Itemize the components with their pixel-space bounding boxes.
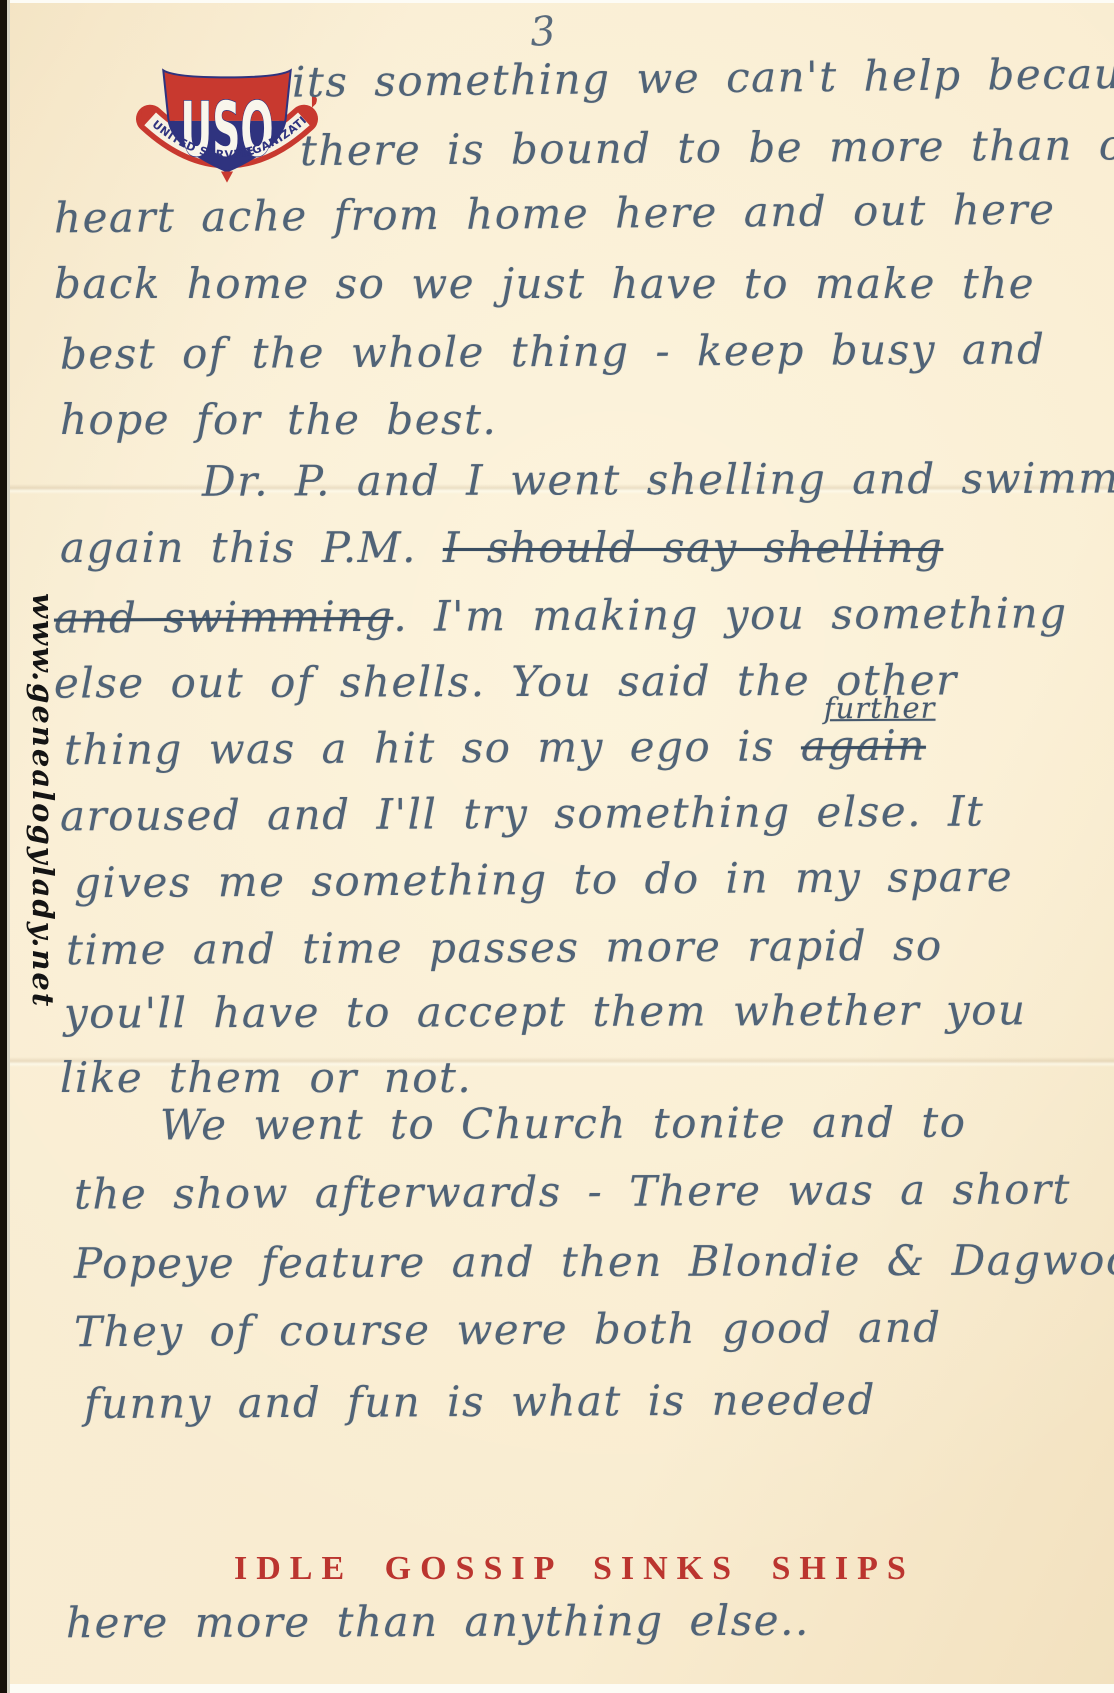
handwritten-text: else out of shells. You said the other [54, 655, 958, 707]
handwritten-line: funny and fun is what is needed [84, 1375, 876, 1428]
handwritten-text: They of course were both good and [74, 1303, 942, 1357]
handwritten-text: like them or not. [60, 1053, 472, 1102]
handwritten-text: again this P.M. [60, 523, 443, 572]
handwritten-line: like them or not. [60, 1053, 472, 1102]
handwritten-text: here more than anything else.. [66, 1596, 810, 1648]
uso-logo: USO UNITED SERVICE ORGANIZATIONS [136, 67, 318, 195]
handwritten-line: there is bound to be more than one [300, 120, 1114, 175]
handwritten-line: heart ache from home here and out here [54, 185, 1056, 243]
handwritten-text: Popeye feature and then Blondie & Dagwoo… [74, 1235, 1114, 1288]
handwritten-line: Dr. P. and I went shelling and swimming [202, 453, 1114, 505]
struck-text: I should say shelling [443, 523, 943, 572]
handwritten-text: you'll have to accept them whether you [64, 985, 1027, 1037]
handwritten-text: the show afterwards - There was a short [74, 1164, 1071, 1218]
handwritten-text: time and time passes more rapid so [66, 921, 943, 975]
handwritten-line: and swimming. I'm making you something [54, 588, 1068, 642]
handwritten-text: heart ache from home here and out here [54, 185, 1056, 243]
inserted-word: further [824, 691, 936, 726]
handwritten-text: its something we can't help because [292, 48, 1114, 106]
handwritten-text: there is bound to be more than one [300, 120, 1114, 175]
letter-paper: USO UNITED SERVICE ORGANIZATIONS 3 www.g… [10, 3, 1114, 1684]
struck-text: again [801, 721, 926, 771]
handwritten-line: time and time passes more rapid so [66, 921, 943, 975]
scanned-letter-page: USO UNITED SERVICE ORGANIZATIONS 3 www.g… [0, 0, 1114, 1693]
handwritten-line: you'll have to accept them whether you [64, 985, 1027, 1037]
handwritten-line: aroused and I'll try something else. It [60, 787, 985, 841]
handwritten-line: They of course were both good and [74, 1303, 942, 1357]
handwritten-text: thing was a hit so my ego is [64, 721, 801, 774]
handwritten-line: its something we can't help because [292, 48, 1114, 106]
handwritten-line: the show afterwards - There was a short [74, 1164, 1071, 1218]
handwritten-text: hope for the best. [60, 395, 497, 444]
handwritten-line: thing was a hit so my ego is againfurthe… [64, 721, 926, 775]
handwritten-line: back home so we just have to make the [54, 259, 1035, 308]
handwritten-line: again this P.M. I should say shelling [60, 523, 943, 572]
page-number: 3 [528, 8, 557, 56]
handwritten-text: aroused and I'll try something else. It [60, 787, 985, 841]
struck-text: and swimming [54, 592, 394, 643]
handwritten-line: else out of shells. You said the other [54, 655, 958, 707]
uso-banner-center-ornament [221, 171, 233, 182]
scan-edge [0, 0, 7, 1693]
handwritten-line: here more than anything else.. [66, 1596, 810, 1648]
censorship-slogan: IDLE GOSSIP SINKS SHIPS [234, 1550, 915, 1588]
handwritten-line: hope for the best. [60, 395, 497, 444]
handwritten-line: gives me something to do in my spare [74, 852, 1014, 908]
handwritten-text: best of the whole thing - keep busy and [60, 324, 1046, 378]
handwritten-line: We went to Church tonite and to [160, 1098, 967, 1150]
watermark: www.genealogylady.net [26, 593, 60, 1008]
handwritten-text: We went to Church tonite and to [160, 1098, 967, 1150]
handwritten-text: Dr. P. and I went shelling and swimming [202, 453, 1114, 505]
handwritten-line: Popeye feature and then Blondie & Dagwoo… [74, 1235, 1114, 1288]
handwritten-text: . I'm making you something [393, 588, 1068, 641]
handwritten-text: back home so we just have to make the [54, 259, 1035, 308]
handwritten-text: gives me something to do in my spare [74, 852, 1014, 908]
handwritten-text: funny and fun is what is needed [84, 1375, 876, 1428]
handwritten-line: best of the whole thing - keep busy and [60, 324, 1046, 378]
